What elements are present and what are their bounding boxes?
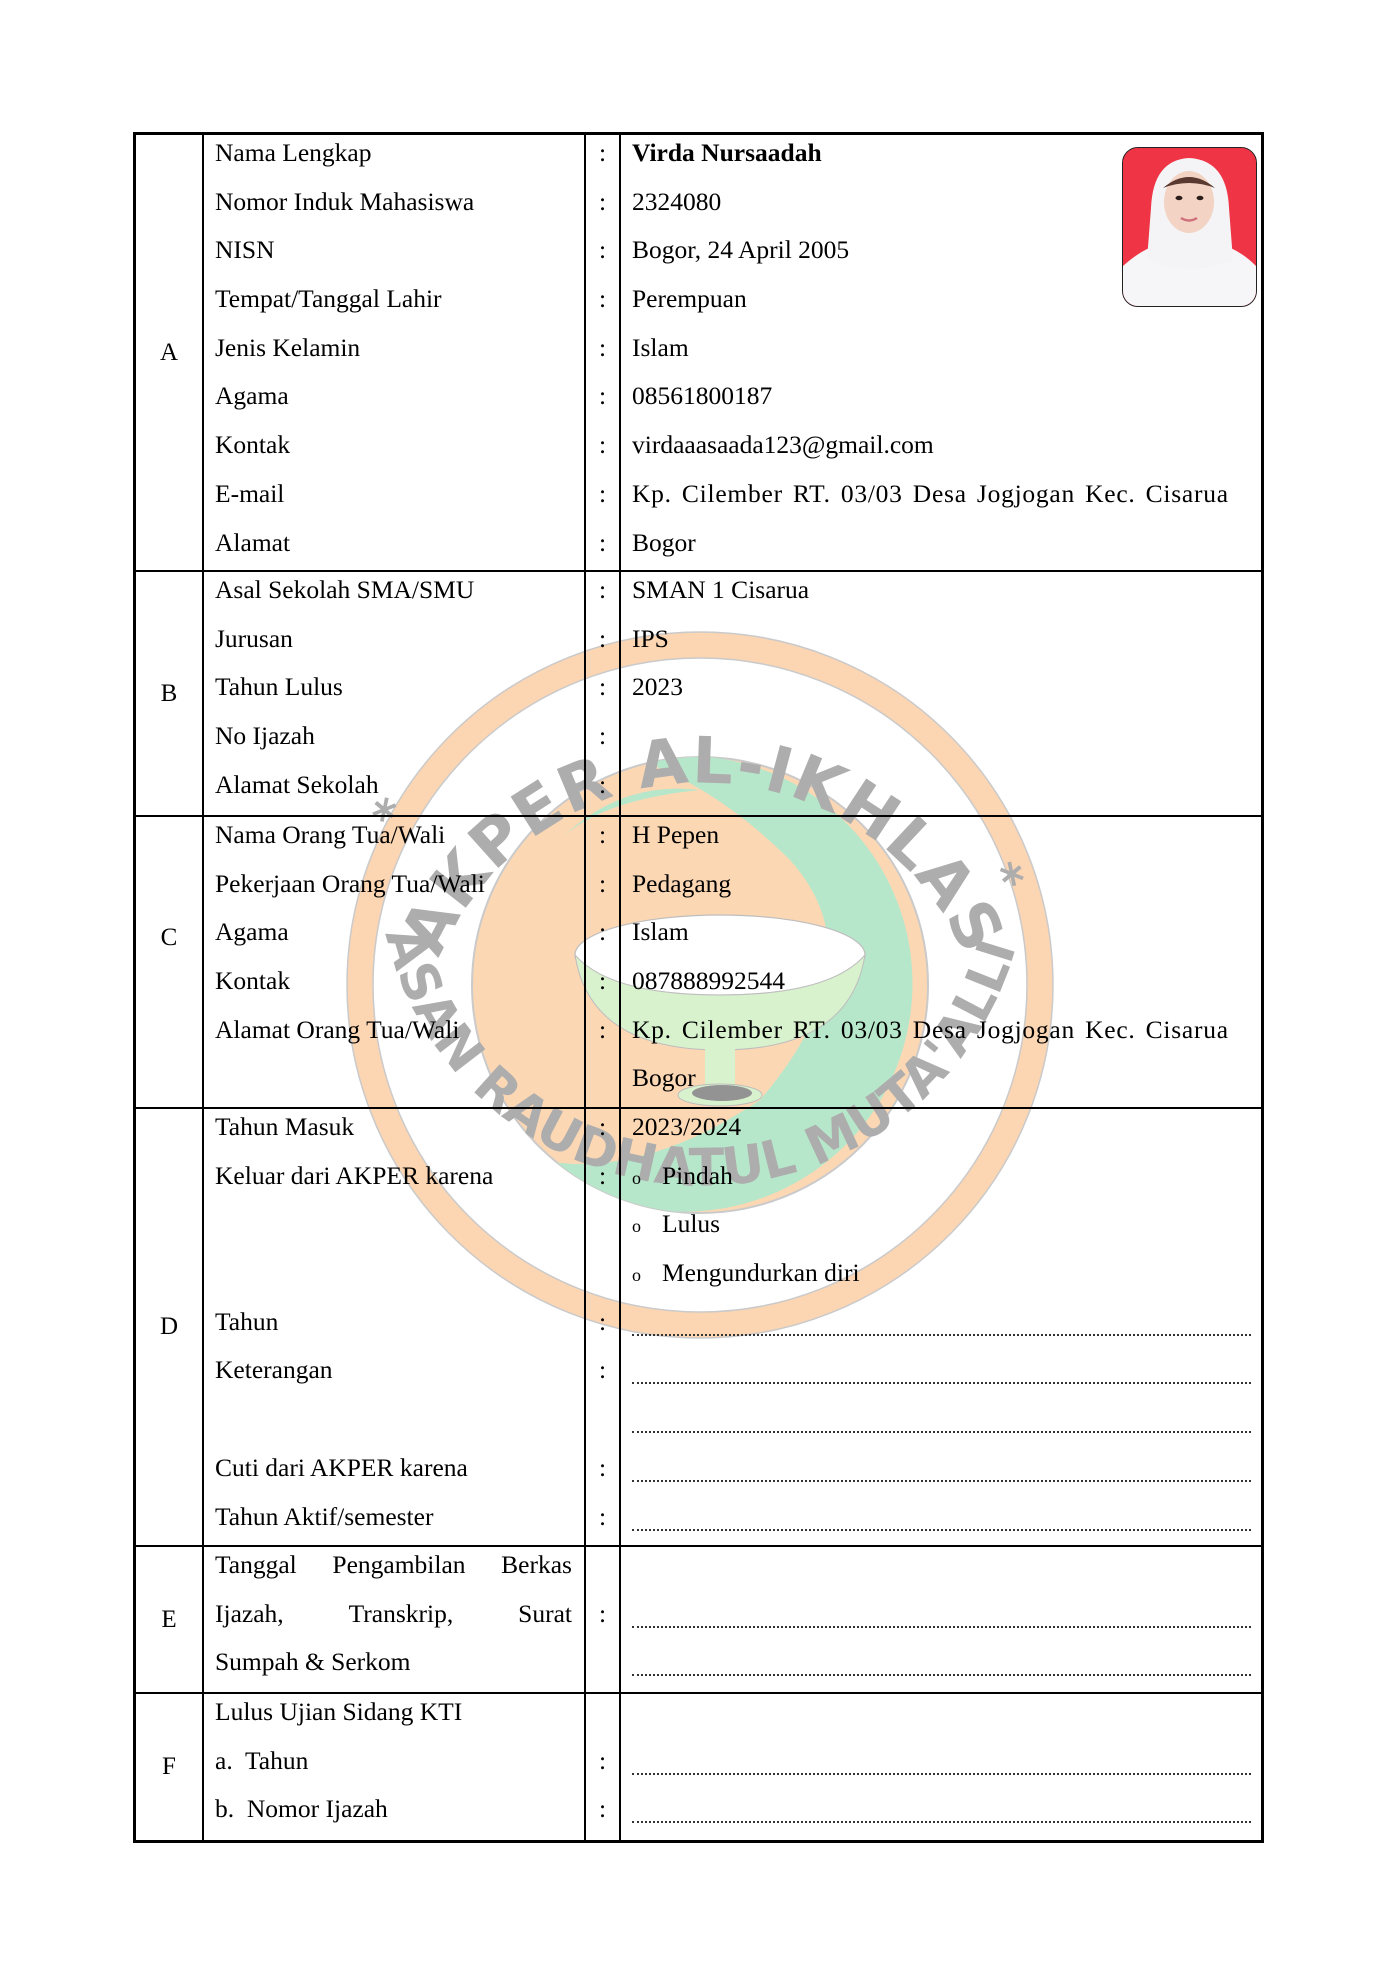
radio-circle-icon: o	[632, 1202, 662, 1251]
field-row: Sumpah & Serkom	[136, 1644, 1261, 1693]
field-label: Tahun Lulus	[215, 663, 343, 712]
field-value: Islam	[632, 908, 689, 957]
field-row: NISN : Bogor, 24 April 2005	[136, 232, 1261, 281]
colon: :	[599, 372, 606, 421]
field-row: Agama : 08561800187	[136, 378, 1261, 427]
blank-fill-line[interactable]	[632, 1334, 1251, 1336]
field-value: 2324080	[632, 178, 721, 227]
field-label: Tahun Aktif/semester	[215, 1493, 433, 1542]
field-row: Tanggal Pengambilan Berkas	[136, 1547, 1261, 1596]
label-word: Ijazah,	[215, 1590, 284, 1639]
field-row: Nama Orang Tua/Wali : H Pepen	[136, 817, 1261, 866]
colon: :	[599, 470, 606, 519]
colon: :	[599, 324, 606, 373]
field-row: a. Tahun :	[136, 1743, 1261, 1792]
field-label: Alamat Orang Tua/Wali	[215, 1006, 459, 1055]
field-label: Tanggal Pengambilan Berkas	[215, 1541, 572, 1590]
field-label: Agama	[215, 908, 289, 957]
colon: :	[599, 860, 606, 909]
field-value: Perempuan	[632, 275, 747, 324]
option-label: Mengundurkan diri	[662, 1258, 860, 1287]
field-value: Bogor	[632, 1054, 696, 1103]
field-label: Jenis Kelamin	[215, 324, 360, 373]
field-row: Tempat/Tanggal Lahir : Perempuan	[136, 281, 1261, 330]
field-row: Jurusan : IPS	[136, 621, 1261, 670]
field-row: Nama Lengkap : Virda Nursaadah	[136, 135, 1261, 184]
field-row: Asal Sekolah SMA/SMU : SMAN 1 Cisarua	[136, 572, 1261, 621]
field-label: Tahun Masuk	[215, 1103, 354, 1152]
field-label: Alamat Sekolah	[215, 761, 379, 810]
field-row: Tahun Lulus : 2023	[136, 669, 1261, 718]
colon: :	[599, 811, 606, 860]
field-label: No Ijazah	[215, 712, 315, 761]
field-label: NISN	[215, 226, 275, 275]
field-value: Kp. Cilember RT. 03/03 Desa Jogjogan Kec…	[632, 1006, 1229, 1055]
field-row: oMengundurkan diri	[136, 1255, 1261, 1304]
colon: :	[599, 421, 606, 470]
option-label: Lulus	[662, 1209, 720, 1238]
field-value: 2023/2024	[632, 1103, 741, 1152]
field-row: Ijazah, Transkrip, Surat :	[136, 1596, 1261, 1645]
colon: :	[599, 1493, 606, 1542]
field-row: Kontak : 087888992544	[136, 963, 1261, 1012]
blank-fill-line[interactable]	[632, 1431, 1251, 1433]
field-row: Alamat Orang Tua/Wali : Kp. Cilember RT.…	[136, 1012, 1261, 1061]
field-value: 087888992544	[632, 957, 785, 1006]
field-label: a. Tahun	[215, 1737, 308, 1786]
field-label: Kontak	[215, 957, 290, 1006]
field-row: Keluar dari AKPER karena : oPindah	[136, 1158, 1261, 1207]
label-word: Transkrip,	[349, 1590, 454, 1639]
colon: :	[599, 957, 606, 1006]
student-name: Virda Nursaadah	[632, 129, 822, 178]
colon: :	[599, 1346, 606, 1395]
field-value: Islam	[632, 324, 689, 373]
radio-circle-icon: o	[632, 1251, 662, 1300]
colon: :	[599, 908, 606, 957]
field-label: Keterangan	[215, 1346, 333, 1395]
field-row: Pekerjaan Orang Tua/Wali : Pedagang	[136, 866, 1261, 915]
blank-fill-line[interactable]	[632, 1821, 1251, 1823]
blank-fill-line[interactable]	[632, 1529, 1251, 1531]
field-row: Kontak : virdaaasaada123@gmail.com	[136, 427, 1261, 476]
field-label: Lulus Ujian Sidang KTI	[215, 1688, 462, 1737]
field-row: Jenis Kelamin : Islam	[136, 330, 1261, 379]
field-label: b. Nomor Ijazah	[215, 1785, 388, 1834]
field-row: Keterangan :	[136, 1352, 1261, 1401]
field-value: SMAN 1 Cisarua	[632, 566, 809, 615]
label-word: Tanggal	[215, 1541, 297, 1590]
blank-fill-line[interactable]	[632, 1480, 1251, 1482]
field-label: Tahun	[215, 1298, 278, 1347]
colon: :	[599, 566, 606, 615]
field-row: Tahun :	[136, 1304, 1261, 1353]
colon: :	[599, 615, 606, 664]
colon: :	[599, 1152, 606, 1201]
option-mengundurkan-diri[interactable]: oMengundurkan diri	[632, 1249, 860, 1300]
option-label: Pindah	[662, 1161, 733, 1190]
blank-fill-line[interactable]	[632, 1382, 1251, 1384]
colon: :	[599, 1737, 606, 1786]
label-word: Pengambilan	[332, 1541, 465, 1590]
label-word: Berkas	[501, 1541, 572, 1590]
field-label: Nomor Induk Mahasiswa	[215, 178, 474, 227]
field-label: Cuti dari AKPER karena	[215, 1444, 468, 1493]
field-row: E-mail : Kp. Cilember RT. 03/03 Desa Jog…	[136, 476, 1261, 525]
section-d: D Tahun Masuk : 2023/2024 Keluar dari AK…	[133, 1109, 1264, 1547]
colon: :	[599, 663, 606, 712]
field-row: Agama : Islam	[136, 914, 1261, 963]
field-row: Cuti dari AKPER karena :	[136, 1450, 1261, 1499]
colon: :	[599, 129, 606, 178]
colon: :	[599, 1103, 606, 1152]
field-label: Nama Orang Tua/Wali	[215, 811, 445, 860]
field-value: 2023	[632, 663, 683, 712]
field-label: Pekerjaan Orang Tua/Wali	[215, 860, 485, 909]
field-row: b. Nomor Ijazah :	[136, 1791, 1261, 1840]
radio-circle-icon: o	[632, 1154, 662, 1203]
colon: :	[599, 1785, 606, 1834]
field-value: Bogor, 24 April 2005	[632, 226, 849, 275]
field-row: Alamat Sekolah :	[136, 767, 1261, 816]
blank-fill-line[interactable]	[632, 1626, 1251, 1628]
field-label: Tempat/Tanggal Lahir	[215, 275, 442, 324]
colon: :	[599, 1006, 606, 1055]
field-label: Sumpah & Serkom	[215, 1638, 411, 1687]
option-lulus[interactable]: oLulus	[632, 1200, 720, 1251]
blank-fill-line[interactable]	[632, 1674, 1251, 1676]
field-value: H Pepen	[632, 811, 719, 860]
student-record-page: AKPER AL-IKHLAS YAYASAN RAUDHATUL MUTA'A…	[0, 0, 1398, 1977]
field-label: Nama Lengkap	[215, 129, 371, 178]
colon: :	[599, 1590, 606, 1639]
field-label: Agama	[215, 372, 289, 421]
field-value: Kp. Cilember RT. 03/03 Desa Jogjogan Kec…	[632, 470, 1229, 519]
field-label: Keluar dari AKPER karena	[215, 1152, 493, 1201]
field-row: Tahun Aktif/semester :	[136, 1499, 1261, 1548]
section-b: B Asal Sekolah SMA/SMU : SMAN 1 Cisarua …	[133, 572, 1264, 817]
colon: :	[599, 1298, 606, 1347]
section-f: F Lulus Ujian Sidang KTI a. Tahun : b. N…	[133, 1694, 1264, 1843]
field-label: E-mail	[215, 470, 284, 519]
field-label: Asal Sekolah SMA/SMU	[215, 566, 474, 615]
field-label: Alamat	[215, 519, 290, 568]
colon: :	[599, 178, 606, 227]
colon: :	[599, 519, 606, 568]
blank-fill-line[interactable]	[632, 1773, 1251, 1775]
field-value: IPS	[632, 615, 669, 664]
field-row: No Ijazah :	[136, 718, 1261, 767]
field-row: Nomor Induk Mahasiswa : 2324080	[136, 184, 1261, 233]
section-c: C Nama Orang Tua/Wali : H Pepen Pekerjaa…	[133, 817, 1264, 1109]
field-row: Bogor	[136, 1060, 1261, 1109]
label-word: Surat	[518, 1590, 572, 1639]
field-label: Kontak	[215, 421, 290, 470]
colon: :	[599, 712, 606, 761]
field-value: Bogor	[632, 519, 696, 568]
section-a: A Nama Lengkap : Virda Nursaadah	[133, 132, 1264, 572]
field-value: Pedagang	[632, 860, 731, 909]
section-e: E Tanggal Pengambilan Berkas Ijazah, Tra…	[133, 1547, 1264, 1694]
colon: :	[599, 761, 606, 810]
colon: :	[599, 226, 606, 275]
field-label: Ijazah, Transkrip, Surat	[215, 1590, 572, 1639]
field-value: 08561800187	[632, 372, 772, 421]
field-row: oLulus	[136, 1206, 1261, 1255]
student-photo-image	[1123, 148, 1256, 306]
student-photo	[1122, 147, 1257, 307]
option-pindah[interactable]: oPindah	[632, 1152, 733, 1203]
field-row	[136, 1401, 1261, 1450]
colon: :	[599, 1444, 606, 1493]
field-row: Tahun Masuk : 2023/2024	[136, 1109, 1261, 1158]
colon: :	[599, 275, 606, 324]
student-data-table: A Nama Lengkap : Virda Nursaadah	[133, 132, 1264, 1843]
field-row: Lulus Ujian Sidang KTI	[136, 1694, 1261, 1743]
field-label: Jurusan	[215, 615, 293, 664]
field-value: virdaaasaada123@gmail.com	[632, 421, 934, 470]
